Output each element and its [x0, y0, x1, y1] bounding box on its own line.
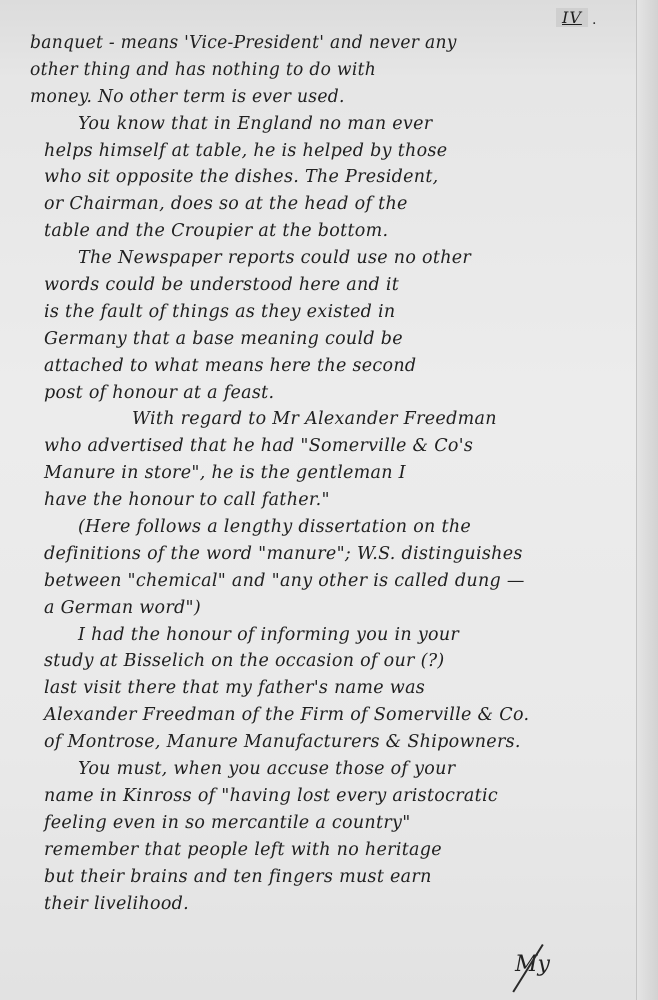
text-line: I had the honour of informing you in you…: [44, 622, 634, 649]
page-number: IV: [556, 8, 588, 27]
text-line: of Montrose, Manure Manufacturers & Ship…: [44, 729, 634, 756]
text-line: definitions of the word "manure"; W.S. d…: [44, 541, 634, 568]
text-line: study at Bisselich on the occasion of ou…: [44, 648, 634, 675]
text-line: banquet - means 'Vice-President' and nev…: [30, 30, 620, 57]
text-line: money. No other term is ever used.: [30, 84, 620, 111]
text-line: You must, when you accuse those of your: [44, 756, 634, 783]
text-line: words could be understood here and it: [44, 272, 634, 299]
text-line: a German word"): [44, 595, 634, 622]
text-line: The Newspaper reports could use no other: [44, 245, 634, 272]
text-line: is the fault of things as they existed i…: [44, 299, 634, 326]
text-line: between "chemical" and "any other is cal…: [44, 568, 634, 595]
text-line: who sit opposite the dishes. The Preside…: [44, 164, 634, 191]
text-line: Manure in store", he is the gentleman I: [44, 460, 634, 487]
text-line: have the honour to call father.": [44, 487, 634, 514]
text-line: You know that in England no man ever: [44, 111, 634, 138]
text-line: Alexander Freedman of the Firm of Somerv…: [44, 702, 634, 729]
text-line: table and the Croupier at the bottom.: [44, 218, 634, 245]
text-line: helps himself at table, he is helped by …: [44, 138, 634, 165]
text-line: (Here follows a lengthy dissertation on …: [44, 514, 634, 541]
text-line: but their brains and ten fingers must ea…: [44, 864, 634, 891]
text-line: Germany that a base meaning could be: [44, 326, 634, 353]
text-line: or Chairman, does so at the head of the: [44, 191, 634, 218]
text-line: who advertised that he had "Somerville &…: [44, 433, 634, 460]
catchword: My: [515, 952, 550, 977]
text-line: attached to what means here the second: [44, 353, 634, 380]
text-line: remember that people left with no herita…: [44, 837, 634, 864]
text-line: other thing and has nothing to do with: [30, 57, 620, 84]
page-number-dot: .: [592, 12, 596, 28]
text-line: post of honour at a feast.: [44, 380, 634, 407]
manuscript-page: IV . banquet - means 'Vice-President' an…: [0, 0, 658, 1000]
text-line: last visit there that my father's name w…: [44, 675, 634, 702]
text-line: their livelihood.: [44, 891, 634, 918]
paper-margin-shadow: [637, 0, 658, 1000]
text-line: feeling even in so mercantile a country": [44, 810, 634, 837]
handwritten-text-block: banquet - means 'Vice-President' and nev…: [44, 30, 634, 917]
text-line: name in Kinross of "having lost every ar…: [44, 783, 634, 810]
text-line: With regard to Mr Alexander Freedman: [44, 406, 634, 433]
